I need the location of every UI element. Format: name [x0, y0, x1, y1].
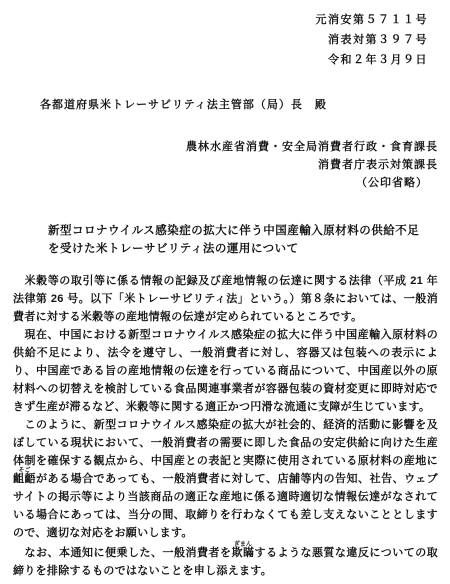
seal-omitted-note: （公印省略） [0, 174, 438, 192]
sender-block: 農林水産省消費・安全局消費者行政・食育課長 消費者庁表示対策課長 （公印省略） [0, 138, 450, 192]
paragraph-current-situation: 現在、中国における新型コロナウイルス感染症の拡大に伴う中国産輸入原材料の供給不足… [13, 326, 438, 416]
ruby-sogo: 齟齬そご [13, 473, 36, 485]
document-body: 米穀等の取引等に係る情報の記録及び産地情報の伝達に関する法律（平成 21 年法律… [0, 272, 450, 580]
sender-line-caa: 消費者庁表示対策課長 [0, 156, 438, 174]
ruby-sogo-reading: そご [13, 468, 36, 474]
paragraph-enforcement-policy-post: がある場合であっても、一般消費者に対して、店舗等内の告知、社告、ウェブサイトの掲… [13, 473, 438, 539]
paragraph-enforcement-policy: このように、新型コロナウイルス感染症の拡大が社会的、経済的活動に影響を及ぼしてい… [13, 416, 438, 542]
document-header: 元消安第５７１１号 消表対第３９７号 令和２年３月９日 [0, 0, 450, 70]
sender-line-maff: 農林水産省消費・安全局消費者行政・食育課長 [0, 138, 438, 156]
paragraph-law-reference: 米穀等の取引等に係る情報の記録及び産地情報の伝達に関する法律（平成 21 年法律… [13, 272, 438, 326]
ruby-sogo-base: 齟齬 [13, 473, 36, 485]
paragraph-enforcement-policy-pre: このように、新型コロナウイルス感染症の拡大が社会的、経済的活動に影響を及ぼしてい… [13, 419, 438, 467]
paragraph-closing-note: なお、本通知に便乗した、一般消費者を欺瞞ぎまんするような悪質な違反についての取締… [13, 542, 438, 580]
document-title-line-1: 新型コロナウイルス感染症の拡大に伴う中国産輸入原材料の供給不足 [48, 222, 450, 240]
ruby-giman: 欺瞞ぎまん [231, 547, 254, 559]
document-page: 元消安第５７１１号 消表対第３９７号 令和２年３月９日 各都道府県米トレーサビリ… [0, 0, 450, 584]
document-title: 新型コロナウイルス感染症の拡大に伴う中国産輸入原材料の供給不足 を受けた米トレー… [0, 222, 450, 258]
ruby-giman-base: 欺瞞 [231, 547, 254, 559]
doc-number-line-1: 元消安第５７１１号 [0, 10, 428, 30]
issue-date: 令和２年３月９日 [0, 50, 428, 70]
paragraph-closing-note-pre: なお、本通知に便乗した、一般消費者を [13, 547, 231, 559]
ruby-giman-reading: ぎまん [231, 542, 254, 548]
doc-number-line-2: 消表対第３９７号 [0, 30, 428, 50]
document-title-line-2: を受けた米トレーサビリティ法の運用について [48, 240, 450, 258]
addressee-line: 各都道府県米トレーサビリティ法主管部（局）長 殿 [0, 98, 450, 112]
